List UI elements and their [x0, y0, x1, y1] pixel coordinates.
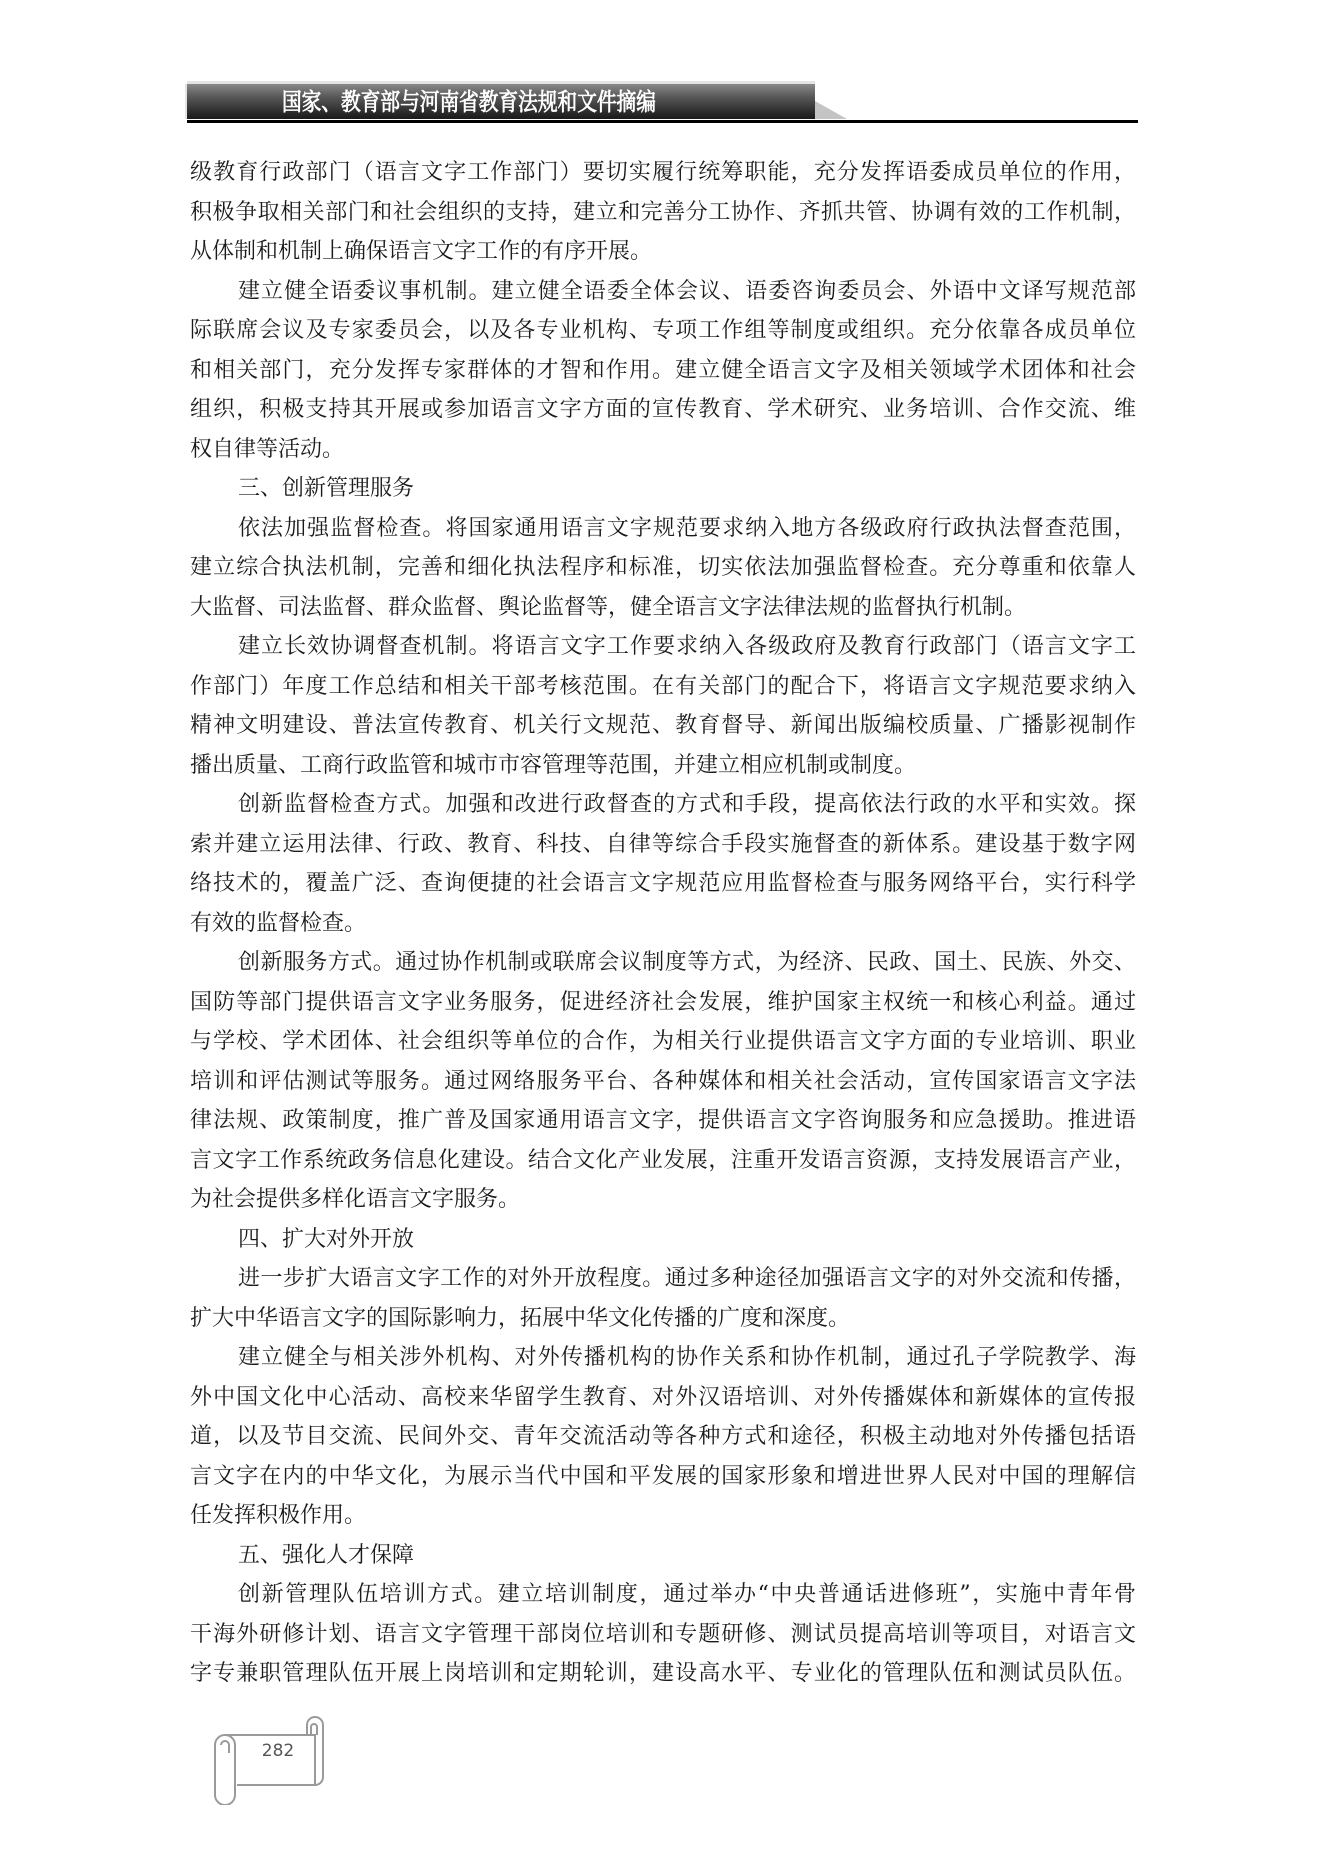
text-line: 道，以及节目交流、民间外交、青年交流活动等各种方式和途径，积极主动地对外传播包括…	[190, 1417, 1136, 1457]
text-line: 言文字在内的中华文化，为展示当代中国和平发展的国家形象和增进世界人民对中国的理解…	[190, 1457, 1136, 1497]
text-line: 和相关部门，充分发挥专家群体的才智和作用。建立健全语言文字及相关领域学术团体和社…	[190, 351, 1136, 391]
text-line: 从体制和机制上确保语言文字工作的有序开展。	[190, 232, 1136, 272]
text-line: 建立长效协调督查机制。将语言文字工作要求纳入各级政府及教育行政部门（语言文字工	[190, 627, 1136, 667]
text-line: 言文字工作系统政务信息化建设。结合文化产业发展，注重开发语言资源，支持发展语言产…	[190, 1141, 1136, 1181]
section-heading: 四、扩大对外开放	[190, 1220, 1136, 1260]
text-line: 干海外研修计划、语言文字管理干部岗位培训和专题研修、测试员提高培训等项目，对语言…	[190, 1615, 1136, 1655]
running-header-bar: 国家、教育部与河南省教育法规和文件摘编	[187, 84, 815, 119]
text-line: 创新监督检查方式。加强和改进行政督查的方式和手段，提高依法行政的水平和实效。探	[190, 785, 1136, 825]
text-line: 索并建立运用法律、行政、教育、科技、自律等综合手段实施督查的新体系。建设基于数字…	[190, 825, 1136, 865]
text-line: 级教育行政部门（语言文字工作部门）要切实履行统筹职能，充分发挥语委成员单位的作用…	[190, 153, 1136, 193]
text-line: 播出质量、工商行政监管和城市市容管理等范围，并建立相应机制或制度。	[190, 746, 1136, 786]
text-line: 任发挥积极作用。	[190, 1496, 1136, 1536]
header-rule	[187, 120, 1138, 123]
text-line: 创新管理队伍培训方式。建立培训制度，通过举办“中央普通话进修班”，实施中青年骨	[190, 1575, 1136, 1615]
text-line: 培训和评估测试等服务。通过网络服务平台、各种媒体和相关社会活动，宣传国家语言文字…	[190, 1062, 1136, 1102]
text-line: 国防等部门提供语言文字业务服务，促进经济社会发展，维护国家主权统一和核心利益。通…	[190, 983, 1136, 1023]
text-line: 依法加强监督检查。将国家通用语言文字规范要求纳入地方各级政府行政执法督查范围，	[190, 509, 1136, 549]
text-line: 建立健全语委议事机制。建立健全语委全体会议、语委咨询委员会、外语中文译写规范部	[190, 272, 1136, 312]
running-header-title: 国家、教育部与河南省教育法规和文件摘编	[282, 86, 656, 117]
text-line: 与学校、学术团体、社会组织等单位的合作，为相关行业提供语言文字方面的专业培训、职…	[190, 1022, 1136, 1062]
text-line: 字专兼职管理队伍开展上岗培训和定期轮训，建设高水平、专业化的管理队伍和测试员队伍…	[190, 1654, 1136, 1694]
body-text: 级教育行政部门（语言文字工作部门）要切实履行统筹职能，充分发挥语委成员单位的作用…	[190, 153, 1136, 1694]
text-line: 精神文明建设、普法宣传教育、机关行文规范、教育督导、新闻出版编校质量、广播影视制…	[190, 706, 1136, 746]
section-heading: 五、强化人才保障	[190, 1536, 1136, 1576]
text-line: 权自律等活动。	[190, 430, 1136, 470]
text-line: 创新服务方式。通过协作机制或联席会议制度等方式，为经济、民政、国土、民族、外交、	[190, 943, 1136, 983]
page-number: 282	[253, 1741, 303, 1761]
text-line: 律法规、政策制度，推广普及国家通用语言文字，提供语言文字咨询服务和应急援助。推进…	[190, 1101, 1136, 1141]
text-line: 扩大中华语言文字的国际影响力，拓展中华文化传播的广度和深度。	[190, 1299, 1136, 1339]
text-line: 积极争取相关部门和社会组织的支持，建立和完善分工协作、齐抓共管、协调有效的工作机…	[190, 193, 1136, 233]
text-line: 大监督、司法监督、群众监督、舆论监督等，健全语言文字法律法规的监督执行机制。	[190, 588, 1136, 628]
page-number-scroll: 282	[207, 1713, 331, 1805]
text-line: 为社会提供多样化语言文字服务。	[190, 1180, 1136, 1220]
text-line: 络技术的，覆盖广泛、查询便捷的社会语言文字规范应用监督检查与服务网络平台，实行科…	[190, 864, 1136, 904]
text-line: 有效的监督检查。	[190, 904, 1136, 944]
text-line: 建立综合执法机制，完善和细化执法程序和标准，切实依法加强监督检查。充分尊重和依靠…	[190, 548, 1136, 588]
section-heading: 三、创新管理服务	[190, 469, 1136, 509]
text-line: 外中国文化中心活动、高校来华留学生教育、对外汉语培训、对外传播媒体和新媒体的宣传…	[190, 1378, 1136, 1418]
text-line: 组织，积极支持其开展或参加语言文字方面的宣传教育、学术研究、业务培训、合作交流、…	[190, 390, 1136, 430]
text-line: 际联席会议及专家委员会，以及各专业机构、专项工作组等制度或组织。充分依靠各成员单…	[190, 311, 1136, 351]
header-tab-decoration	[815, 101, 847, 119]
text-line: 进一步扩大语言文字工作的对外开放程度。通过多种途径加强语言文字的对外交流和传播，	[190, 1259, 1136, 1299]
text-line: 作部门）年度工作总结和相关干部考核范围。在有关部门的配合下，将语言文字规范要求纳…	[190, 667, 1136, 707]
text-line: 建立健全与相关涉外机构、对外传播机构的协作关系和协作机制，通过孔子学院教学、海	[190, 1338, 1136, 1378]
